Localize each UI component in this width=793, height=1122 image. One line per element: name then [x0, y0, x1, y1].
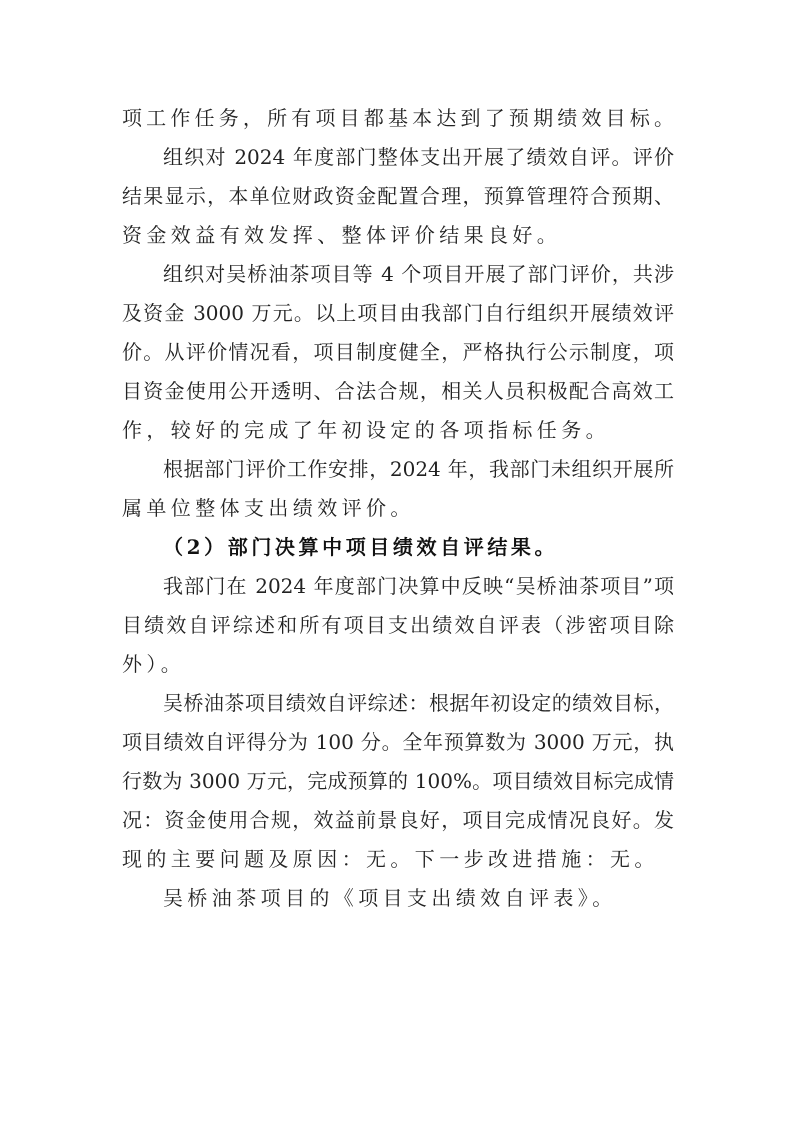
paragraph-continuation-line: 项工作任务，所有项目都基本达到了预期绩效目标。 — [122, 99, 674, 138]
paragraph-project-summary-line-2: 项目绩效自评得分为 100 分。全年预算数为 3000 万元，执 — [122, 723, 674, 762]
paragraph-dept-eval-line-2: 及资金 3000 万元。以上项目由我部门自行组织开展绩效评 — [122, 294, 674, 333]
paragraph-overall-eval-line-2: 结果显示，本单位财政资金配置合理，预算管理符合预期、 — [122, 177, 674, 216]
paragraph-dept-eval-line-4: 目资金使用公开透明、合法合规，相关人员积极配合高效工 — [122, 372, 674, 411]
paragraph-subunit-line-1: 根据部门评价工作安排，2024 年，我部门未组织开展所 — [122, 450, 674, 489]
paragraph-final-accounts-line-2: 目绩效自评综述和所有项目支出绩效自评表（涉密项目除 — [122, 606, 674, 645]
paragraph-dept-eval-line-1: 组织对吴桥油茶项目等 4 个项目开展了部门评价，共涉 — [122, 255, 674, 294]
paragraph-project-summary-line-1: 吴桥油茶项目绩效自评综述：根据年初设定的绩效目标， — [122, 684, 674, 723]
paragraph-final-accounts-line-3: 外）。 — [122, 645, 674, 684]
paragraph-final-accounts-line-1: 我部门在 2024 年度部门决算中反映“吴桥油茶项目”项 — [122, 567, 674, 606]
paragraph-project-summary-line-3: 行数为 3000 万元，完成预算的 100%。项目绩效目标完成情 — [122, 762, 674, 801]
paragraph-dept-eval-line-5: 作，较好的完成了年初设定的各项指标任务。 — [122, 411, 674, 450]
document-page: 项工作任务，所有项目都基本达到了预期绩效目标。 组织对 2024 年度部门整体支… — [122, 99, 674, 918]
paragraph-dept-eval-line-3: 价。从评价情况看，项目制度健全，严格执行公示制度，项 — [122, 333, 674, 372]
section-heading: （2）部门决算中项目绩效自评结果。 — [122, 528, 674, 567]
paragraph-overall-eval-line-1: 组织对 2024 年度部门整体支出开展了绩效自评。评价 — [122, 138, 674, 177]
paragraph-overall-eval-line-3: 资金效益有效发挥、整体评价结果良好。 — [122, 216, 674, 255]
paragraph-project-summary-line-5: 现的主要问题及原因：无。下一步改进措施：无。 — [122, 840, 674, 879]
paragraph-subunit-line-2: 属单位整体支出绩效评价。 — [122, 489, 674, 528]
paragraph-project-summary-line-4: 况：资金使用合规，效益前景良好，项目完成情况良好。发 — [122, 801, 674, 840]
paragraph-table-reference: 吴桥油茶项目的《项目支出绩效自评表》。 — [122, 879, 674, 918]
